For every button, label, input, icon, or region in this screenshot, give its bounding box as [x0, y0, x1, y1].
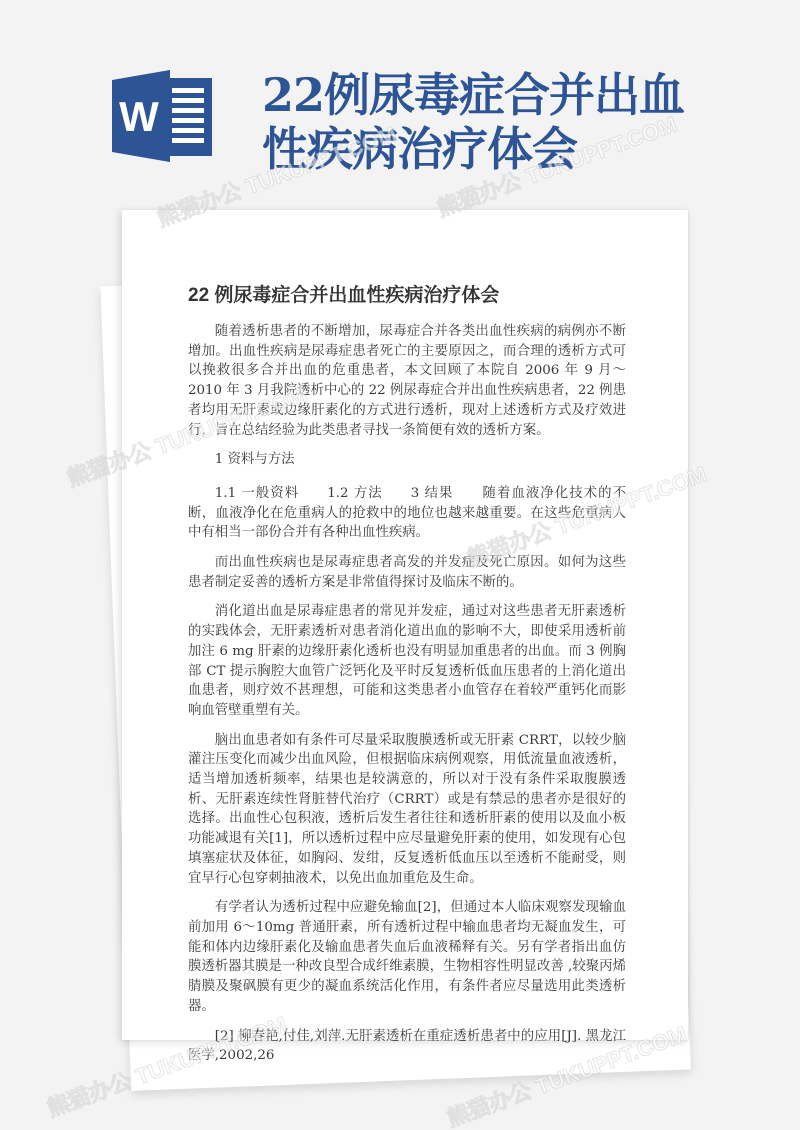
header: W 22例尿毒症合并出血 性疾病治疗体会	[0, 0, 800, 200]
paragraph-complications: 而出血性疾病也是尿毒症患者高发的并发症及死亡原因。如何为这些患者制定妥善的透析方…	[188, 553, 626, 592]
paragraph-cerebral-bleeding: 脑出血患者如有条件可尽量采取腹膜透析或无肝素 CRRT，以较少脑灌注压变化而减少…	[188, 731, 626, 889]
reference-2: [2] 柳春艳,付佳,刘萍.无肝素透析在重症透析患者中的应用[J]. 黑龙江医学…	[188, 1027, 626, 1066]
banner-title-line2: 性疾病治疗体会	[262, 122, 577, 176]
document-body: 随着透析患者的不断增加，尿毒症合并各类出血性疾病的病例亦不断增加。出血性疾病是尿…	[188, 322, 626, 1076]
word-document-icon: W	[112, 70, 214, 162]
section-heading-methods: 1 资料与方法	[188, 450, 626, 470]
paragraph-transfusion: 有学者认为透析过程中应避免输血[2]，但通过本人临床观察发现输血前加用 6～10…	[188, 898, 626, 1016]
word-icon-letter: W	[119, 93, 159, 140]
paragraph-sections: 1.1 一般资料1.2 方法3 结果随着血液净化技术的不断，血液净化在危重病人的…	[188, 484, 626, 543]
subsection-general-data: 1.1 一般资料	[215, 486, 299, 501]
paragraph-intro: 随着透析患者的不断增加，尿毒症合并各类出血性疾病的病例亦不断增加。出血性疾病是尿…	[188, 322, 626, 440]
document-title: 22 例尿毒症合并出血性疾病治疗体会	[188, 280, 499, 307]
banner-title: 22例尿毒症合并出血 性疾病治疗体会	[262, 68, 762, 176]
banner-title-line1: 22例尿毒症合并出血	[262, 68, 684, 122]
subsection-method: 1.2 方法	[327, 486, 383, 501]
document-page: 22 例尿毒症合并出血性疾病治疗体会 随着透析患者的不断增加，尿毒症合并各类出血…	[122, 210, 688, 1040]
subsection-results: 3 结果	[411, 486, 454, 501]
paragraph-gi-bleeding: 消化道出血是尿毒症患者的常见并发症，通过对这些患者无肝素透析的实践体会，无肝素透…	[188, 602, 626, 720]
